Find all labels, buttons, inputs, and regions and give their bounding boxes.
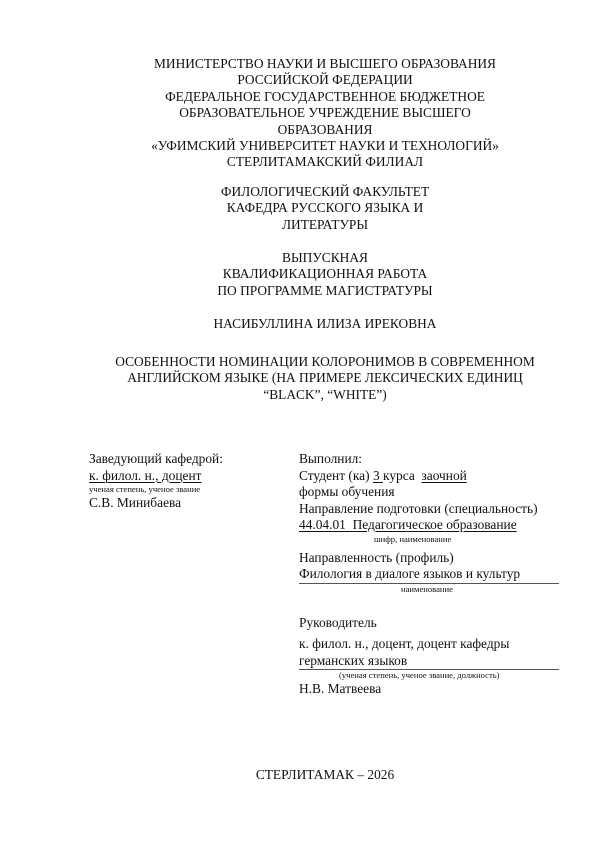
header-line: «УФИМСКИЙ УНИВЕРСИТЕТ НАУКИ И ТЕХНОЛОГИЙ… [100, 138, 550, 154]
work-type-line: КВАЛИФИКАЦИОННАЯ РАБОТА [100, 266, 550, 282]
city-year: СТЕРЛИТАМАК – 2026 [150, 767, 500, 783]
work-type-line: ПО ПРОГРАММЕ МАГИСТРАТУРЫ [100, 283, 550, 299]
profile-value: Филология в диалоге языков и культур [299, 566, 559, 584]
header-line: ОБРАЗОВАНИЯ [100, 122, 550, 138]
head-degree-caption: ученая степень, ученое звание [89, 484, 279, 495]
supervisor-name: Н.В. Матвеева [299, 681, 561, 698]
thesis-title-line: ОСОБЕННОСТИ НОМИНАЦИИ КОЛОРОНИМОВ В СОВР… [95, 354, 555, 370]
direction-value: 44.04.01 Педагогическое образование [299, 517, 561, 534]
work-type-line: ВЫПУСКНАЯ [100, 250, 550, 266]
course-number: 3 [373, 468, 383, 483]
ministry-header: МИНИСТЕРСТВО НАУКИ И ВЫСШЕГО ОБРАЗОВАНИЯ… [100, 56, 550, 171]
student-prefix: Студент (ка) [299, 468, 370, 483]
header-line: СТЕРЛИТАМАКСКИЙ ФИЛИАЛ [100, 154, 550, 170]
head-degree: к. филол. н., доцент [89, 468, 279, 485]
author: НАСИБУЛЛИНА ИЛИЗА ИРЕКОВНА [100, 316, 550, 332]
city-year-text: СТЕРЛИТАМАК – 2026 [150, 767, 500, 783]
supervisor-label: Руководитель [299, 615, 561, 632]
course-word: курса [383, 468, 415, 483]
head-label: Заведующий кафедрой: [89, 451, 279, 468]
profile-label: Направленность (профиль) [299, 550, 561, 567]
performer-label: Выполнил: [299, 451, 561, 468]
faculty-department: ФИЛОЛОГИЧЕСКИЙ ФАКУЛЬТЕТ КАФЕДРА РУССКОГ… [100, 184, 550, 233]
author-name: НАСИБУЛЛИНА ИЛИЗА ИРЕКОВНА [100, 316, 550, 332]
direction-label: Направление подготовки (специальность) [299, 501, 561, 518]
head-name: С.В. Минибаева [89, 495, 279, 512]
header-line: ФЕДЕРАЛЬНОЕ ГОСУДАРСТВЕННОЕ БЮДЖЕТНОЕ [100, 89, 550, 105]
thesis-title-line: АНГЛИЙСКОМ ЯЗЫКЕ (НА ПРИМЕРЕ ЛЕКСИЧЕСКИХ… [95, 370, 555, 386]
profile-caption: наименование [299, 584, 561, 595]
supervisor-position-line1: к. филол. н., доцент, доцент кафедры [299, 636, 561, 653]
header-line: МИНИСТЕРСТВО НАУКИ И ВЫСШЕГО ОБРАЗОВАНИЯ [100, 56, 550, 72]
study-form: заочной [421, 468, 466, 483]
department-line: КАФЕДРА РУССКОГО ЯЗЫКА И [100, 200, 550, 216]
header-line: РОССИЙСКОЙ ФЕДЕРАЦИИ [100, 72, 550, 88]
work-type: ВЫПУСКНАЯ КВАЛИФИКАЦИОННАЯ РАБОТА ПО ПРО… [100, 250, 550, 299]
thesis-title-line: “BLACK”, “WHITE”) [95, 387, 555, 403]
direction-code: 44.04.01 [299, 517, 346, 532]
faculty-line: ФИЛОЛОГИЧЕСКИЙ ФАКУЛЬТЕТ [100, 184, 550, 200]
direction-name: Педагогическое образование [353, 517, 517, 532]
department-line: ЛИТЕРАТУРЫ [100, 217, 550, 233]
head-of-department: Заведующий кафедрой: к. филол. н., доцен… [89, 451, 279, 512]
supervisor-position-line2: германских языков [299, 653, 559, 671]
student-course-line: Студент (ка) 3 курса заочной [299, 468, 561, 485]
supervisor-position-caption: (ученая степень, ученое звание, должност… [299, 670, 561, 681]
title-page: МИНИСТЕРСТВО НАУКИ И ВЫСШЕГО ОБРАЗОВАНИЯ… [0, 0, 595, 841]
thesis-title: ОСОБЕННОСТИ НОМИНАЦИИ КОЛОРОНИМОВ В СОВР… [95, 354, 555, 403]
header-line: ОБРАЗОВАТЕЛЬНОЕ УЧРЕЖДЕНИЕ ВЫСШЕГО [100, 105, 550, 121]
course-number-value: 3 [373, 468, 380, 483]
study-form-suffix: формы обучения [299, 484, 561, 501]
direction-caption: шифр, наименование [299, 534, 561, 545]
performer-and-supervisor: Выполнил: Студент (ка) 3 курса заочной ф… [299, 451, 561, 698]
